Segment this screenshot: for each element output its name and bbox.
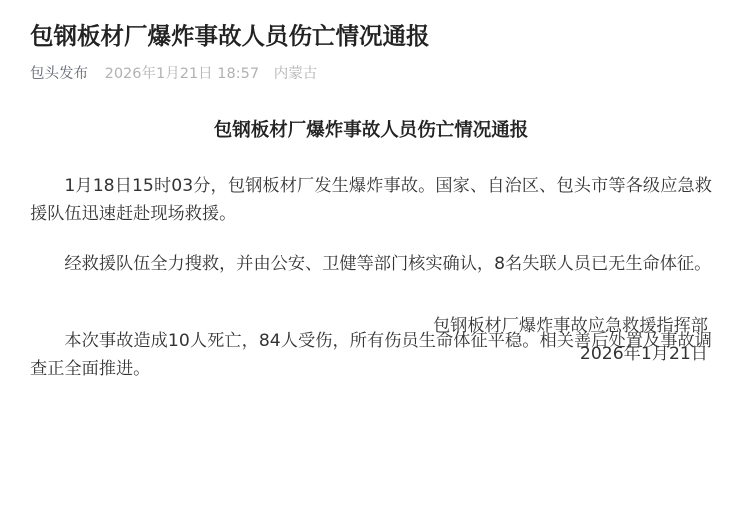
publish-location: 内蒙古 xyxy=(274,66,318,82)
content-heading: 包钢板材厂爆炸事故人员伤亡情况通报 xyxy=(30,118,712,144)
signature-date: 2026年1月21日 xyxy=(433,340,708,368)
paragraph: 经救援队伍全力搜救，并由公安、卫健等部门核实确认，8名失联人员已无生命体征。 xyxy=(30,250,712,278)
article-content: 包钢板材厂爆炸事故人员伤亡情况通报 1月18日15时03分，包钢板材厂发生爆炸事… xyxy=(30,118,712,144)
account-name-link[interactable]: 包头发布 xyxy=(30,66,88,82)
article-title: 包钢板材厂爆炸事故人员伤亡情况通报 xyxy=(30,20,430,52)
paragraph: 1月18日15时03分，包钢板材厂发生爆炸事故。国家、自治区、包头市等各级应急救… xyxy=(30,172,712,228)
signature-organization: 包钢板材厂爆炸事故应急救援指挥部 xyxy=(433,312,708,340)
signature-block: 包钢板材厂爆炸事故应急救援指挥部 2026年1月21日 xyxy=(433,312,708,368)
publish-date: 2026年1月21日 18:57 xyxy=(105,66,259,82)
article-meta: 包头发布 2026年1月21日 18:57 内蒙古 xyxy=(30,64,317,84)
